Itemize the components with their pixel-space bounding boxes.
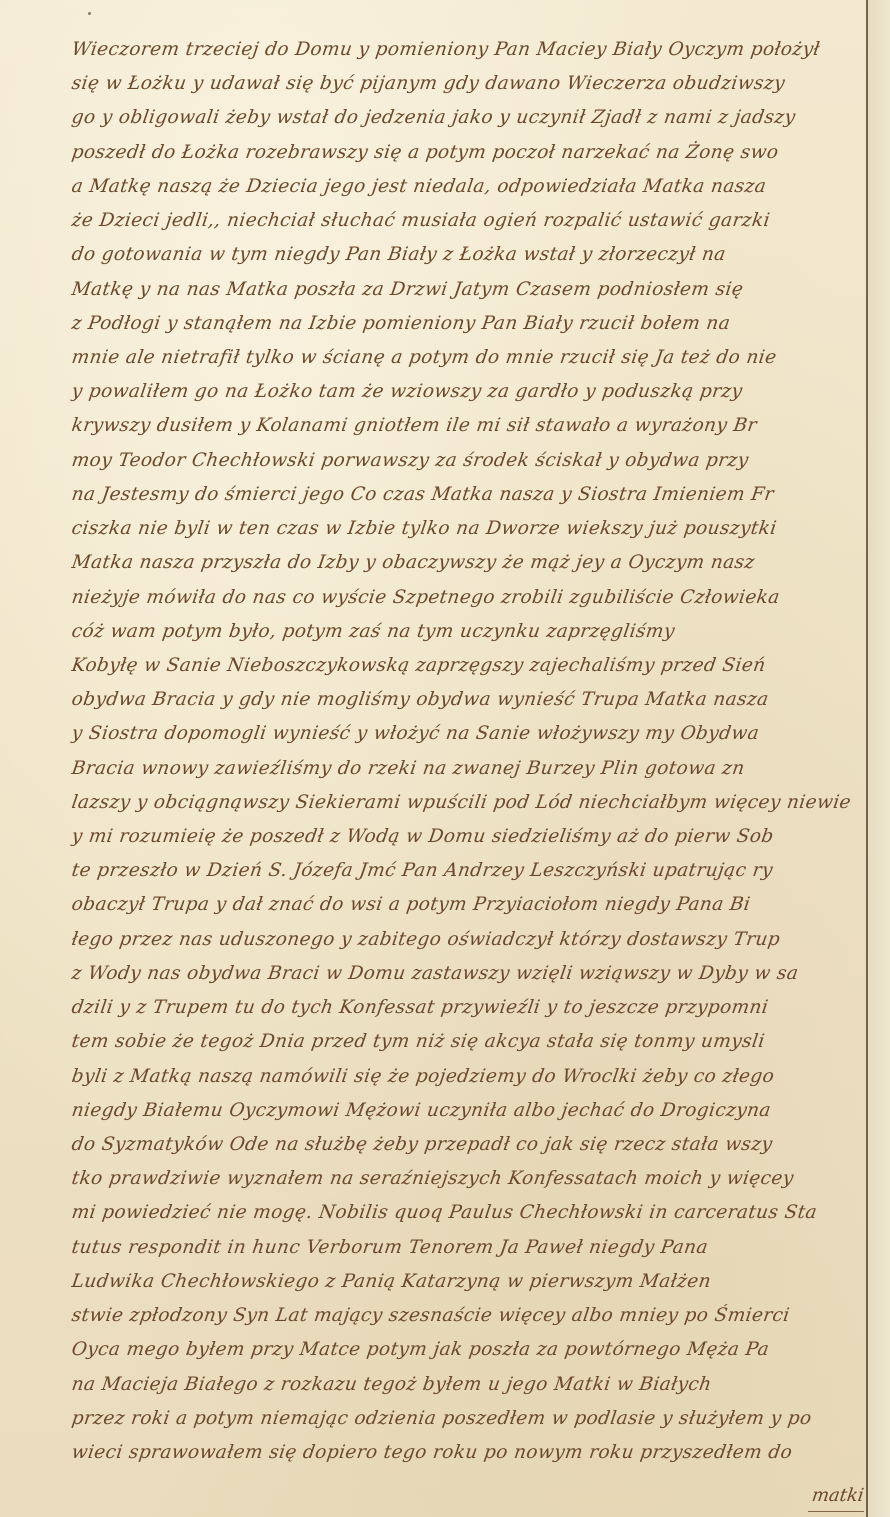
manuscript-line: Bracia wnowy zawieźliśmy do rzeki na zwa… bbox=[70, 757, 873, 781]
manuscript-line: się w Łożku y udawał się być pijanym gdy… bbox=[70, 72, 873, 96]
manuscript-line: lazszy y obciągnąwszy Siekierami wpuścil… bbox=[70, 791, 873, 815]
manuscript-line: na Jestesmy do śmierci jego Co czas Matk… bbox=[70, 483, 873, 507]
manuscript-line: Oyca mego byłem przy Matce potym jak pos… bbox=[70, 1338, 873, 1362]
manuscript-line: Kobyłę w Sanie Nieboszczykowską zaprzęgs… bbox=[70, 654, 873, 678]
manuscript-line: do Syzmatyków Ode na służbę żeby przepad… bbox=[70, 1133, 873, 1157]
manuscript-line: te przeszło w Dzień S. Józefa Jmć Pan An… bbox=[70, 859, 873, 883]
manuscript-line: wieci sprawowałem się dopiero tego roku … bbox=[70, 1441, 873, 1465]
manuscript-line: ciszka nie byli w ten czas w Izbie tylko… bbox=[70, 517, 873, 541]
catchword-underline bbox=[808, 1511, 864, 1512]
catchword: matki bbox=[811, 1485, 866, 1506]
ink-mark bbox=[88, 12, 91, 15]
manuscript-line: byli z Matką naszą namówili się że pojed… bbox=[70, 1065, 873, 1089]
manuscript-line: tem sobie że tegoż Dnia przed tym niż si… bbox=[70, 1030, 873, 1054]
manuscript-line: przez roki a potym niemając odzienia pos… bbox=[70, 1407, 873, 1431]
manuscript-line: mi powiedzieć nie mogę. Nobilis quoq Pau… bbox=[70, 1201, 873, 1225]
manuscript-line: Ludwika Chechłowskiego z Panią Katarzyną… bbox=[70, 1270, 873, 1294]
manuscript-line: Matka nasza przyszła do Izby y obaczywsz… bbox=[70, 551, 873, 575]
manuscript-line: dzili y z Trupem tu do tych Konfessat pr… bbox=[70, 996, 873, 1020]
manuscript-line: obydwa Bracia y gdy nie mogliśmy obydwa … bbox=[70, 688, 873, 712]
manuscript-line: Wieczorem trzeciej do Domu y pomieniony … bbox=[70, 38, 873, 62]
manuscript-line: Matkę y na nas Matka poszła za Drzwi Jat… bbox=[70, 278, 873, 302]
manuscript-line: y Siostra dopomogli wynieść y włożyć na … bbox=[70, 722, 873, 746]
manuscript-line: tko prawdziwie wyznałem na seraźniejszyc… bbox=[70, 1167, 873, 1191]
manuscript-line: go y obligowali żeby wstał do jedzenia j… bbox=[70, 106, 873, 130]
manuscript-line: y mi rozumieię że poszedł z Wodą w Domu … bbox=[70, 825, 873, 849]
manuscript-page: Wieczorem trzeciej do Domu y pomieniony … bbox=[0, 0, 868, 1517]
manuscript-line: cóż wam potym było, potym zaś na tym ucz… bbox=[70, 620, 873, 644]
adjacent-page-margin bbox=[868, 0, 890, 1517]
manuscript-line: stwie zpłodzony Syn Lat mający szesnaści… bbox=[70, 1304, 873, 1328]
manuscript-line: łego przez nas uduszonego y zabitego ośw… bbox=[70, 928, 873, 952]
manuscript-line: niegdy Białemu Oyczymowi Mężowi uczyniła… bbox=[70, 1099, 873, 1123]
manuscript-line: y powaliłem go na Łożko tam że wziowszy … bbox=[70, 380, 873, 404]
manuscript-line: na Macieja Białego z rozkazu tegoż byłem… bbox=[70, 1373, 873, 1397]
manuscript-line: poszedł do Łożka rozebrawszy się a potym… bbox=[70, 141, 873, 165]
manuscript-line: tutus respondit in hunc Verborum Tenorem… bbox=[70, 1236, 873, 1260]
manuscript-line: z Podłogi y stanąłem na Izbie pomieniony… bbox=[70, 312, 873, 336]
manuscript-line: moy Teodor Chechłowski porwawszy za środ… bbox=[70, 449, 873, 473]
manuscript-line: że Dzieci jedli,, niechciał słuchać musi… bbox=[70, 209, 873, 233]
manuscript-line: krywszy dusiłem y Kolanami gniotłem ile … bbox=[70, 414, 873, 438]
manuscript-line: mnie ale nietrafił tylko w ścianę a poty… bbox=[70, 346, 873, 370]
manuscript-line: obaczył Trupa y dał znać do wsi a potym … bbox=[70, 893, 873, 917]
manuscript-line: z Wody nas obydwa Braci w Domu zastawszy… bbox=[70, 962, 873, 986]
manuscript-line: nieżyje mówiła do nas co wyście Szpetneg… bbox=[70, 586, 873, 610]
manuscript-line: do gotowania w tym niegdy Pan Biały z Ło… bbox=[70, 243, 873, 267]
manuscript-line: a Matkę naszą że Dziecia jego jest nieda… bbox=[70, 175, 873, 199]
